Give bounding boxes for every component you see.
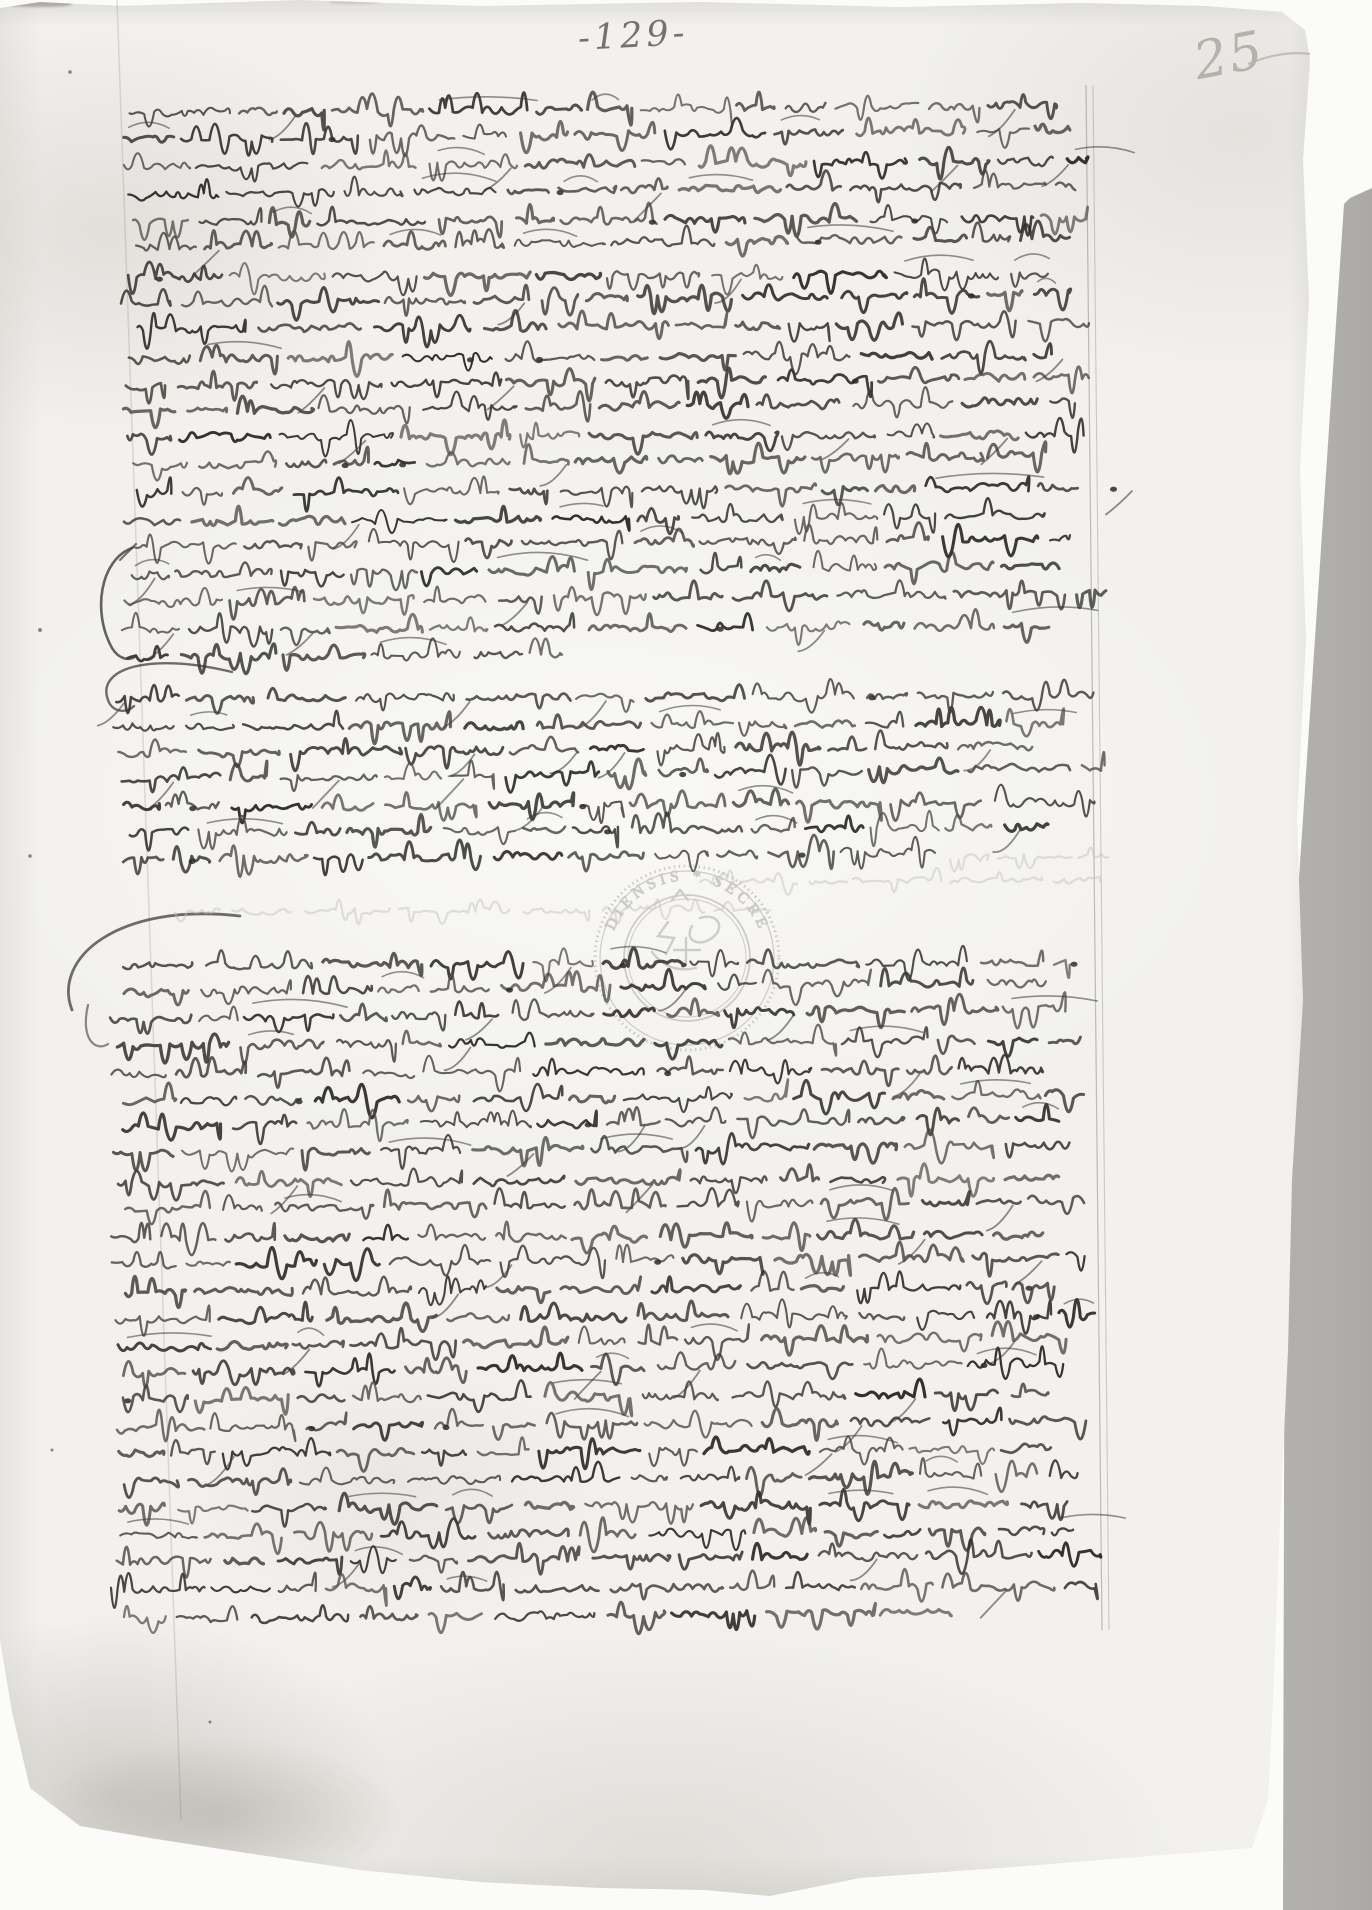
manuscript-scan: DIENSIS * SECRE -129- 25 xyxy=(0,0,1372,1910)
top-edge-debris xyxy=(96,0,140,5)
page-number: -129- xyxy=(577,13,689,59)
top-edge-debris xyxy=(6,0,72,7)
top-edge-debris xyxy=(330,0,380,4)
manuscript-page xyxy=(0,0,1320,1910)
bottom-left-stain xyxy=(40,1740,400,1890)
